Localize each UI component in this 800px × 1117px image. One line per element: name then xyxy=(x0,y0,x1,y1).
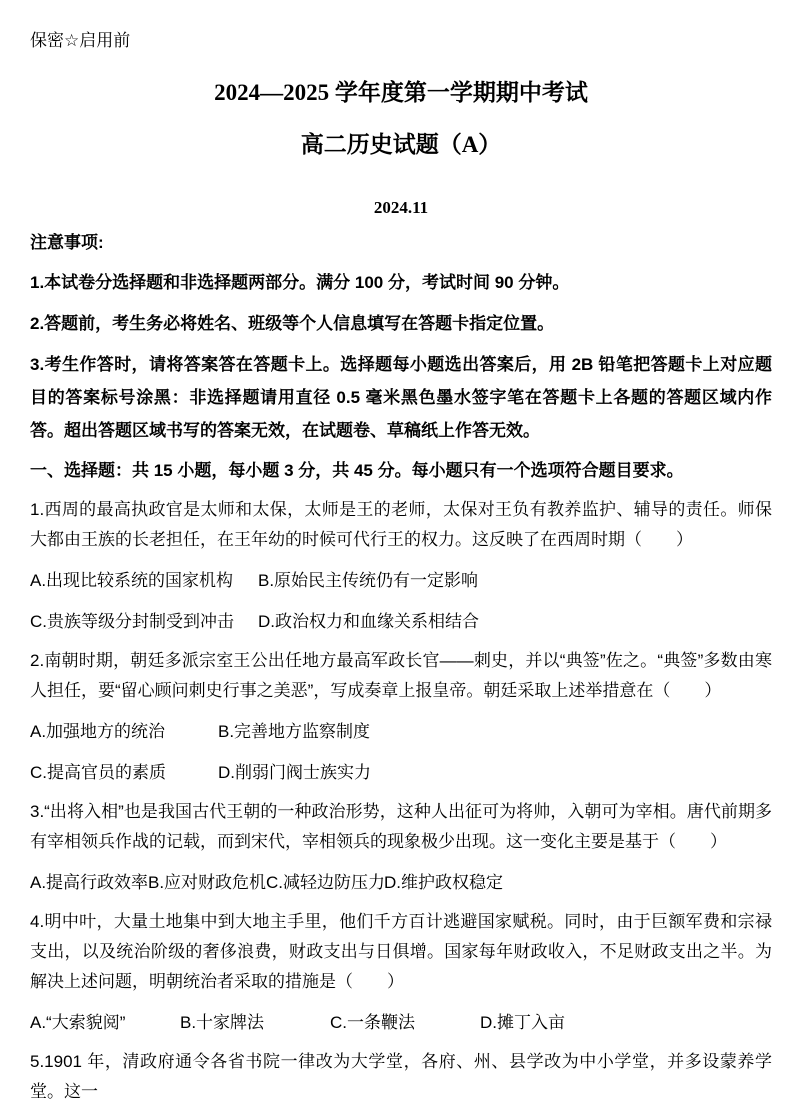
notice-item-1: 1.本试卷分选择题和非选择题两部分。满分 100 分，考试时间 90 分钟。 xyxy=(30,266,772,299)
notice-heading: 注意事项: xyxy=(30,228,772,258)
question-1-option-d: D.政治权力和血缘关系相结合 xyxy=(258,607,479,637)
question-2-option-b: B.完善地方监察制度 xyxy=(218,717,370,747)
question-4-option-b: B.十家牌法 xyxy=(180,1008,330,1038)
security-notice: 保密☆启用前 xyxy=(30,30,772,52)
notice-item-3: 3.考生作答时，请将答案答在答题卡上。选择题每小题选出答案后，用 2B 铅笔把答… xyxy=(30,348,772,447)
question-3-option-a: A.提高行政效率 xyxy=(30,868,148,898)
question-1-option-b: B.原始民主传统仍有一定影响 xyxy=(258,566,478,596)
question-2-option-d: D.削弱门阀士族实力 xyxy=(218,758,371,788)
question-4-stem: 4.明中叶，大量土地集中到大地主手里，他们千方百计逃避国家赋税。同时，由于巨额军… xyxy=(30,907,772,997)
exam-title-line2: 高二历史试题（A） xyxy=(30,130,772,160)
question-3-option-d: D.维护政权稳定 xyxy=(384,868,503,898)
question-5: 5.1901 年，清政府通令各省书院一律改为大学堂，各府、州、县学改为中小学堂，… xyxy=(30,1047,772,1107)
question-1: 1.西周的最高执政官是太师和太保，太师是王的老师，太保对王负有教养监护、辅导的责… xyxy=(30,495,772,637)
question-4: 4.明中叶，大量土地集中到大地主手里，他们千方百计逃避国家赋税。同时，由于巨额军… xyxy=(30,907,772,1038)
question-3-option-c: C.减轻边防压力 xyxy=(266,868,384,898)
question-1-stem: 1.西周的最高执政官是太师和太保，太师是王的老师，太保对王负有教养监护、辅导的责… xyxy=(30,495,772,555)
question-1-option-c: C.贵族等级分封制受到冲击 xyxy=(30,607,258,637)
question-4-option-c: C.一条鞭法 xyxy=(330,1008,480,1038)
question-4-options-row: A.“大索貌阅” B.十家牌法 C.一条鞭法 D.摊丁入亩 xyxy=(30,1008,772,1038)
question-2-options-row-1: A.加强地方的统治 B.完善地方监察制度 xyxy=(30,717,772,747)
question-1-option-a: A.出现比较系统的国家机构 xyxy=(30,566,258,596)
question-2-options-row-2: C.提高官员的素质 D.削弱门阀士族实力 xyxy=(30,758,772,788)
question-3-options-row: A.提高行政效率 B.应对财政危机 C.减轻边防压力 D.维护政权稳定 xyxy=(30,868,772,898)
question-2-stem: 2.南朝时期，朝廷多派宗室王公出任地方最高军政长官——刺史，并以“典签”佐之。“… xyxy=(30,646,772,706)
question-1-options-row-2: C.贵族等级分封制受到冲击 D.政治权力和血缘关系相结合 xyxy=(30,607,772,637)
question-3-option-b: B.应对财政危机 xyxy=(148,868,266,898)
question-5-stem-partial: 5.1901 年，清政府通令各省书院一律改为大学堂，各府、州、县学改为中小学堂，… xyxy=(30,1047,772,1107)
question-2-option-a: A.加强地方的统治 xyxy=(30,717,218,747)
question-2: 2.南朝时期，朝廷多派宗室王公出任地方最高军政长官——刺史，并以“典签”佐之。“… xyxy=(30,646,772,788)
question-3: 3.“出将入相”也是我国古代王朝的一种政治形势，这种人出征可为将帅，入朝可为宰相… xyxy=(30,797,772,898)
exam-date: 2024.11 xyxy=(30,194,772,222)
exam-paper-page: 保密☆启用前 2024—2025 学年度第一学期期中考试 高二历史试题（A） 2… xyxy=(0,0,800,1117)
notice-item-2: 2.答题前，考生务必将姓名、班级等个人信息填写在答题卡指定位置。 xyxy=(30,307,772,340)
question-1-options-row-1: A.出现比较系统的国家机构 B.原始民主传统仍有一定影响 xyxy=(30,566,772,596)
exam-title-line1: 2024—2025 学年度第一学期期中考试 xyxy=(30,78,772,108)
question-3-stem: 3.“出将入相”也是我国古代王朝的一种政治形势，这种人出征可为将帅，入朝可为宰相… xyxy=(30,797,772,857)
section-one-heading: 一、选择题：共 15 小题，每小题 3 分，共 45 分。每小题只有一个选项符合… xyxy=(30,456,772,486)
question-4-option-d: D.摊丁入亩 xyxy=(480,1008,565,1038)
question-2-option-c: C.提高官员的素质 xyxy=(30,758,218,788)
question-4-option-a: A.“大索貌阅” xyxy=(30,1008,180,1038)
